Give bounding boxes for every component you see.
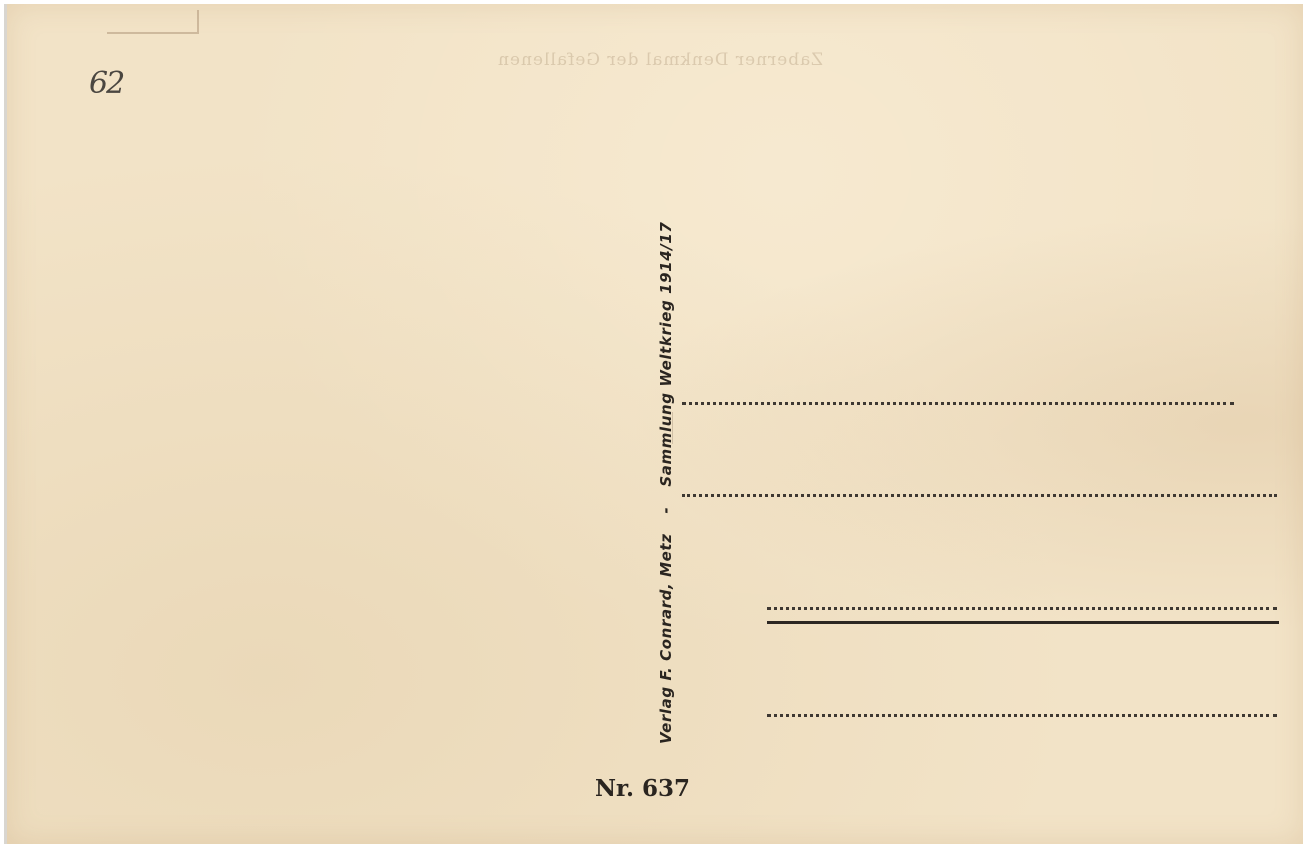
collection-line: Sammlung Weltkrieg 1914/17 [657, 222, 675, 487]
card-number: Nr. 637 [595, 775, 690, 802]
corner-mark [107, 10, 199, 34]
publisher-line: Verlag F. Conrard, Metz [657, 533, 675, 744]
postcard-back: 62 Zaberner Denkmal der Gefallenen Verla… [4, 4, 1303, 844]
address-line-1 [682, 402, 1234, 405]
address-line-3 [767, 607, 1277, 610]
address-underline [767, 621, 1279, 624]
bleed-through-text: Zaberner Denkmal der Gefallenen [497, 50, 1257, 70]
imprint-separator: - [657, 507, 675, 514]
address-line-2 [682, 494, 1277, 497]
address-line-4 [767, 714, 1277, 717]
divider-mark [672, 412, 673, 444]
handwritten-number: 62 [89, 66, 123, 101]
publisher-imprint: Verlag F. Conrard, Metz-Sammlung Weltkri… [657, 222, 675, 744]
